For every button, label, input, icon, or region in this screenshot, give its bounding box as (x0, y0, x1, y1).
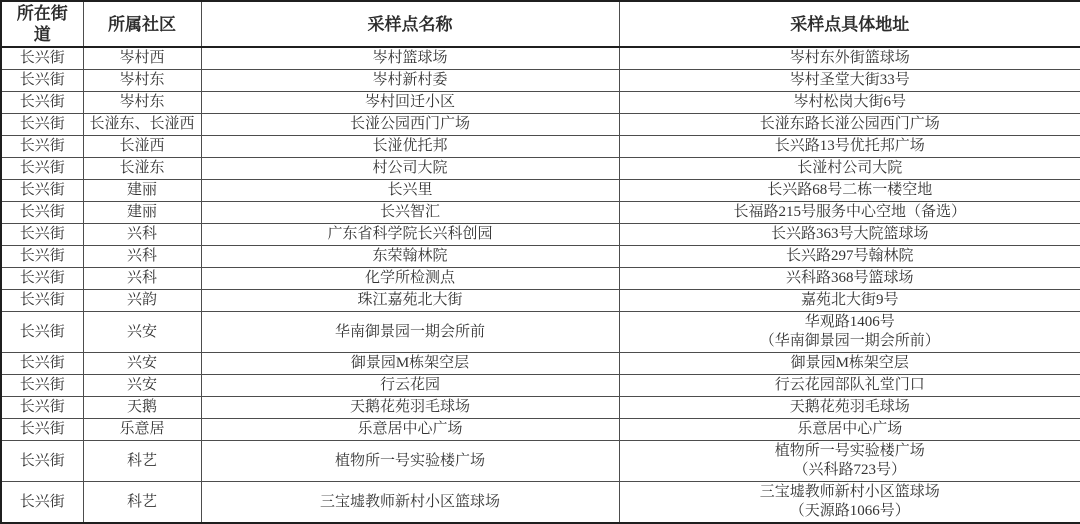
table-row: 长兴街 兴科 广东省科学院长兴科创园 长兴路363号大院篮球场 (1, 224, 1080, 246)
cell-street: 长兴街 (1, 375, 83, 397)
cell-site-name: 长湴公园西门广场 (201, 114, 619, 136)
cell-street: 长兴街 (1, 224, 83, 246)
cell-community: 科艺 (83, 441, 201, 482)
address-line: 行云花园部队礼堂门口 (624, 376, 1077, 395)
address-line: （华南御景园一期会所前） (624, 332, 1077, 351)
cell-community: 长湴西 (83, 136, 201, 158)
cell-address: 乐意居中心广场 (619, 419, 1080, 441)
address-line: 三宝墟教师新村小区篮球场 (624, 483, 1077, 502)
address-line: （天源路1066号） (624, 502, 1077, 521)
cell-street: 长兴街 (1, 136, 83, 158)
cell-street: 长兴街 (1, 441, 83, 482)
cell-street: 长兴街 (1, 312, 83, 353)
cell-street: 长兴街 (1, 397, 83, 419)
address-line: 长兴路13号优托邦广场 (624, 137, 1077, 156)
cell-street: 长兴街 (1, 92, 83, 114)
cell-community: 岑村西 (83, 47, 201, 70)
cell-community: 兴科 (83, 246, 201, 268)
cell-community: 兴韵 (83, 290, 201, 312)
address-line: 长福路215号服务中心空地（备选） (624, 203, 1077, 222)
table-row: 长兴街 天鹅 天鹅花苑羽毛球场 天鹅花苑羽毛球场 (1, 397, 1080, 419)
cell-street: 长兴街 (1, 202, 83, 224)
cell-street: 长兴街 (1, 158, 83, 180)
table-row: 长兴街 岑村东 岑村新村委 岑村圣堂大街33号 (1, 70, 1080, 92)
table-row: 长兴街 科艺 植物所一号实验楼广场 植物所一号实验楼广场（兴科路723号） (1, 441, 1080, 482)
cell-site-name: 华南御景园一期会所前 (201, 312, 619, 353)
address-line: 长兴路363号大院篮球场 (624, 225, 1077, 244)
cell-address: 行云花园部队礼堂门口 (619, 375, 1080, 397)
cell-street: 长兴街 (1, 268, 83, 290)
address-line: 岑村圣堂大街33号 (624, 71, 1077, 90)
address-line: 岑村松岗大街6号 (624, 93, 1077, 112)
cell-site-name: 长兴里 (201, 180, 619, 202)
cell-address: 岑村东外街篮球场 (619, 47, 1080, 70)
address-line: 岑村东外街篮球场 (624, 49, 1077, 68)
address-line: 天鹅花苑羽毛球场 (624, 398, 1077, 417)
cell-community: 天鹅 (83, 397, 201, 419)
sampling-sites-table: 所在街道 所属社区 采样点名称 采样点具体地址 长兴街 岑村西 岑村篮球场 岑村… (0, 0, 1080, 524)
cell-community: 兴安 (83, 375, 201, 397)
address-line: 御景园M栋架空层 (624, 354, 1077, 373)
cell-community: 岑村东 (83, 92, 201, 114)
column-header-address: 采样点具体地址 (619, 1, 1080, 47)
column-header-site-name: 采样点名称 (201, 1, 619, 47)
table-row: 长兴街 岑村东 岑村回迁小区 岑村松岗大街6号 (1, 92, 1080, 114)
cell-site-name: 村公司大院 (201, 158, 619, 180)
address-line: 长兴路297号翰林院 (624, 247, 1077, 266)
cell-street: 长兴街 (1, 419, 83, 441)
cell-site-name: 行云花园 (201, 375, 619, 397)
table-row: 长兴街 兴安 行云花园 行云花园部队礼堂门口 (1, 375, 1080, 397)
cell-address: 御景园M栋架空层 (619, 353, 1080, 375)
table-row: 长兴街 兴科 东荣翰林院 长兴路297号翰林院 (1, 246, 1080, 268)
table-row: 长兴街 长湴东 村公司大院 长湴村公司大院 (1, 158, 1080, 180)
cell-address: 长湴东路长湴公园西门广场 (619, 114, 1080, 136)
cell-address: 天鹅花苑羽毛球场 (619, 397, 1080, 419)
address-line: 长兴路68号二栋一楼空地 (624, 181, 1077, 200)
cell-street: 长兴街 (1, 482, 83, 524)
cell-address: 长兴路297号翰林院 (619, 246, 1080, 268)
address-line: 兴科路368号篮球场 (624, 269, 1077, 288)
address-line: 长湴村公司大院 (624, 159, 1077, 178)
cell-site-name: 三宝墟教师新村小区篮球场 (201, 482, 619, 524)
table-row: 长兴街 建丽 长兴智汇 长福路215号服务中心空地（备选） (1, 202, 1080, 224)
address-line: （兴科路723号） (624, 461, 1077, 480)
cell-community: 长湴东、长湴西 (83, 114, 201, 136)
cell-community: 兴科 (83, 268, 201, 290)
cell-address: 长湴村公司大院 (619, 158, 1080, 180)
table-row: 长兴街 乐意居 乐意居中心广场 乐意居中心广场 (1, 419, 1080, 441)
cell-community: 兴安 (83, 353, 201, 375)
cell-site-name: 长兴智汇 (201, 202, 619, 224)
cell-community: 乐意居 (83, 419, 201, 441)
cell-address: 长兴路363号大院篮球场 (619, 224, 1080, 246)
cell-site-name: 长湴优托邦 (201, 136, 619, 158)
cell-community: 兴科 (83, 224, 201, 246)
cell-site-name: 珠江嘉苑北大街 (201, 290, 619, 312)
table-row: 长兴街 兴安 华南御景园一期会所前 华观路1406号（华南御景园一期会所前） (1, 312, 1080, 353)
address-line: 植物所一号实验楼广场 (624, 442, 1077, 461)
cell-street: 长兴街 (1, 180, 83, 202)
table-row: 长兴街 岑村西 岑村篮球场 岑村东外街篮球场 (1, 47, 1080, 70)
address-line: 乐意居中心广场 (624, 420, 1077, 439)
address-line: 长湴东路长湴公园西门广场 (624, 115, 1077, 134)
cell-community: 科艺 (83, 482, 201, 524)
cell-street: 长兴街 (1, 290, 83, 312)
table-row: 长兴街 兴科 化学所检测点 兴科路368号篮球场 (1, 268, 1080, 290)
cell-street: 长兴街 (1, 70, 83, 92)
cell-site-name: 天鹅花苑羽毛球场 (201, 397, 619, 419)
cell-street: 长兴街 (1, 246, 83, 268)
cell-site-name: 岑村篮球场 (201, 47, 619, 70)
cell-community: 兴安 (83, 312, 201, 353)
cell-community: 建丽 (83, 180, 201, 202)
cell-site-name: 乐意居中心广场 (201, 419, 619, 441)
table-row: 长兴街 长湴西 长湴优托邦 长兴路13号优托邦广场 (1, 136, 1080, 158)
cell-street: 长兴街 (1, 47, 83, 70)
cell-street: 长兴街 (1, 353, 83, 375)
table-row: 长兴街 兴安 御景园M栋架空层 御景园M栋架空层 (1, 353, 1080, 375)
table-header: 所在街道 所属社区 采样点名称 采样点具体地址 (1, 1, 1080, 47)
cell-site-name: 御景园M栋架空层 (201, 353, 619, 375)
cell-address: 植物所一号实验楼广场（兴科路723号） (619, 441, 1080, 482)
table-row: 长兴街 建丽 长兴里 长兴路68号二栋一楼空地 (1, 180, 1080, 202)
cell-site-name: 植物所一号实验楼广场 (201, 441, 619, 482)
cell-address: 岑村圣堂大街33号 (619, 70, 1080, 92)
cell-site-name: 东荣翰林院 (201, 246, 619, 268)
cell-address: 三宝墟教师新村小区篮球场（天源路1066号） (619, 482, 1080, 524)
cell-community: 岑村东 (83, 70, 201, 92)
cell-address: 华观路1406号（华南御景园一期会所前） (619, 312, 1080, 353)
cell-community: 长湴东 (83, 158, 201, 180)
table-row: 长兴街 兴韵 珠江嘉苑北大街 嘉苑北大街9号 (1, 290, 1080, 312)
cell-site-name: 化学所检测点 (201, 268, 619, 290)
table-body: 长兴街 岑村西 岑村篮球场 岑村东外街篮球场 长兴街 岑村东 岑村新村委 岑村圣… (1, 47, 1080, 523)
table-row: 长兴街 长湴东、长湴西 长湴公园西门广场 长湴东路长湴公园西门广场 (1, 114, 1080, 136)
cell-address: 长兴路13号优托邦广场 (619, 136, 1080, 158)
column-header-street: 所在街道 (1, 1, 83, 47)
cell-address: 兴科路368号篮球场 (619, 268, 1080, 290)
header-row: 所在街道 所属社区 采样点名称 采样点具体地址 (1, 1, 1080, 47)
cell-address: 岑村松岗大街6号 (619, 92, 1080, 114)
cell-community: 建丽 (83, 202, 201, 224)
table-row: 长兴街 科艺 三宝墟教师新村小区篮球场 三宝墟教师新村小区篮球场（天源路1066… (1, 482, 1080, 524)
column-header-community: 所属社区 (83, 1, 201, 47)
cell-address: 长福路215号服务中心空地（备选） (619, 202, 1080, 224)
cell-site-name: 岑村回迁小区 (201, 92, 619, 114)
cell-address: 嘉苑北大街9号 (619, 290, 1080, 312)
cell-site-name: 广东省科学院长兴科创园 (201, 224, 619, 246)
cell-street: 长兴街 (1, 114, 83, 136)
cell-address: 长兴路68号二栋一楼空地 (619, 180, 1080, 202)
address-line: 嘉苑北大街9号 (624, 291, 1077, 310)
address-line: 华观路1406号 (624, 313, 1077, 332)
cell-site-name: 岑村新村委 (201, 70, 619, 92)
